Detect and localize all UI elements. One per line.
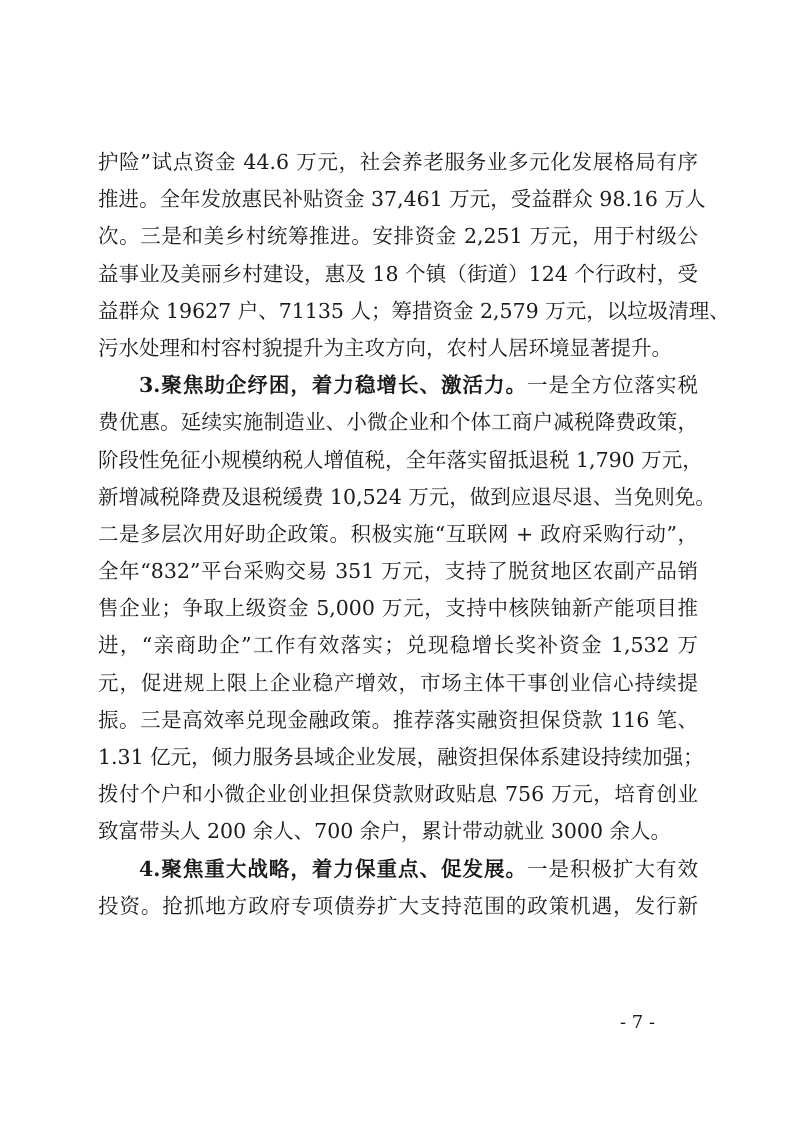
text-line: 污水处理和村容村貌提升为主攻方向，农村人居环境显著提升。 bbox=[98, 330, 698, 367]
section-4-intro: 一是积极扩大有效 bbox=[527, 857, 698, 881]
text-line: 元，促进规上限上企业稳产增效，市场主体干事创业信心持续提 bbox=[98, 665, 698, 702]
text-line: 推进。全年发放惠民补贴资金 37,461 万元，受益群众 98.16 万人 bbox=[98, 181, 698, 218]
body-text: 护险”试点资金 44.6 万元，社会养老服务业多元化发展格局有序 推进。全年发放… bbox=[98, 144, 698, 925]
text-line: 次。三是和美乡村统筹推进。安排资金 2,251 万元，用于村级公 bbox=[98, 218, 698, 255]
document-page: 护险”试点资金 44.6 万元，社会养老服务业多元化发展格局有序 推进。全年发放… bbox=[0, 0, 793, 1122]
text-line: 拨付个户和小微企业创业担保贷款财政贴息 756 万元，培育创业 bbox=[98, 776, 698, 813]
text-line: 投资。抢抓地方政府专项债券扩大支持范围的政策机遇，发行新 bbox=[98, 888, 698, 925]
text-line: 益群众 19627 户、71135 人；筹措资金 2,579 万元，以垃圾清理、 bbox=[98, 293, 698, 330]
page-number: - 7 - bbox=[620, 1012, 655, 1033]
text-line: 振。三是高效率兑现金融政策。推荐落实融资担保贷款 116 笔、 bbox=[98, 702, 698, 739]
text-line: 全年“832”平台采购交易 351 万元，支持了脱贫地区农副产品销 bbox=[98, 553, 698, 590]
text-line: 益事业及美丽乡村建设，惠及 18 个镇（街道）124 个行政村，受 bbox=[98, 256, 698, 293]
text-line: 护险”试点资金 44.6 万元，社会养老服务业多元化发展格局有序 bbox=[98, 144, 698, 181]
text-line: 二是多层次用好助企政策。积极实施“互联网 + 政府采购行动”， bbox=[98, 516, 698, 553]
text-line: 致富带头人 200 余人、700 余户，累计带动就业 3000 余人。 bbox=[98, 813, 698, 850]
section-4-heading: 4.聚焦重大战略，着力保重点、促发展。 bbox=[139, 857, 527, 881]
text-line: 阶段性免征小规模纳税人增值税，全年落实留抵退税 1,790 万元， bbox=[98, 442, 698, 479]
text-line: 售企业；争取上级资金 5,000 万元，支持中核陕铀新产能项目推 bbox=[98, 590, 698, 627]
section-4-first-line: 4.聚焦重大战略，着力保重点、促发展。一是积极扩大有效 bbox=[98, 851, 698, 888]
section-3-first-line: 3.聚焦助企纾困，着力稳增长、激活力。一是全方位落实税 bbox=[98, 367, 698, 404]
text-line: 费优惠。延续实施制造业、小微企业和个体工商户减税降费政策， bbox=[98, 404, 698, 441]
text-line: 进，“亲商助企”工作有效落实；兑现稳增长奖补资金 1,532 万 bbox=[98, 627, 698, 664]
text-line: 1.31 亿元，倾力服务县域企业发展，融资担保体系建设持续加强； bbox=[98, 739, 698, 776]
section-3-heading: 3.聚焦助企纾困，着力稳增长、激活力。 bbox=[139, 373, 527, 397]
text-line: 新增减税降费及退税缓费 10,524 万元，做到应退尽退、当免则免。 bbox=[98, 479, 698, 516]
section-3-intro: 一是全方位落实税 bbox=[527, 373, 698, 397]
